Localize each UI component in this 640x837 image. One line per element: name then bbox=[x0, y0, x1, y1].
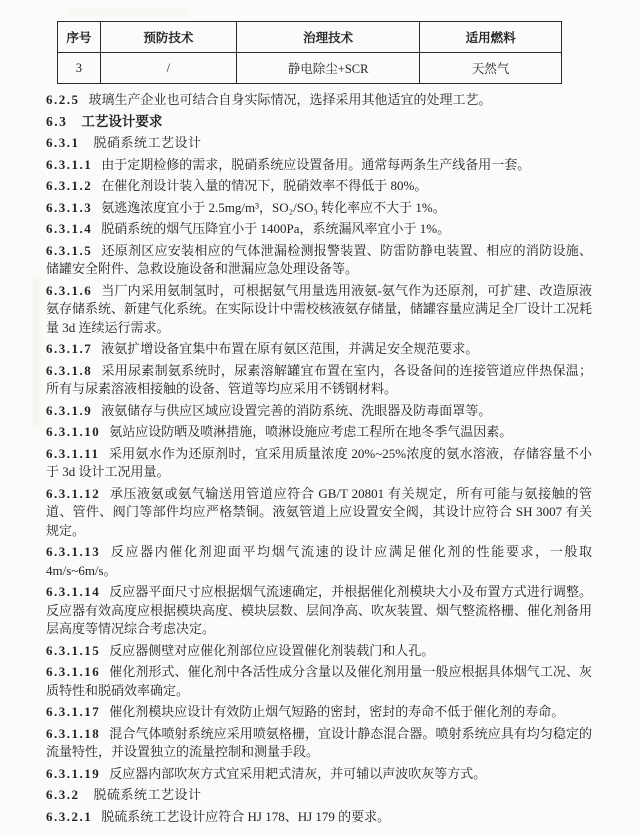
table-header-cell: 适用燃料 bbox=[420, 22, 562, 53]
clause-text: 脱硝系统的烟气压降宜小于 1400Pa，系统漏风率宜小于 1%。 bbox=[101, 221, 450, 236]
clause-text: 工艺设计要求 bbox=[81, 114, 162, 129]
clause-text: 反应器侧壁对应催化剂部位应设置催化剂装载门和人孔。 bbox=[109, 643, 434, 658]
clause-number: 6.3.1.18 bbox=[46, 726, 100, 741]
clause-number: 6.3.1.5 bbox=[46, 243, 92, 258]
clause-6.3.2: 6.3.2脱硫系统工艺设计 bbox=[46, 786, 592, 805]
clause-number: 6.3.1.8 bbox=[46, 363, 92, 378]
clause-text: 反应器内催化剂迎面平均烟气流速的设计应满足催化剂的性能要求，一般取 4m/s~6… bbox=[46, 544, 592, 578]
clause-text: 反应器平面尺寸应根据烟气流速确定，并根据催化剂模块大小及布置方式进行调整。反应器… bbox=[46, 584, 592, 636]
clause-text: 脱硫系统工艺设计 bbox=[94, 787, 202, 802]
table-header-cell: 序号 bbox=[58, 22, 101, 53]
clause-number: 6.3.1 bbox=[46, 135, 80, 150]
table-cell: 3 bbox=[58, 53, 101, 84]
clause-6.3.1.6: 6.3.1.6当厂内采用氨制氢时，可根据氨气用量选用液氨-氨气作为还原剂，可扩建… bbox=[46, 282, 592, 338]
clause-number: 6.3.1.7 bbox=[46, 341, 92, 356]
clause-text: 还原剂区应安装相应的气体泄漏检测报警装置、防雷防静电装置、相应的消防设施、储罐安… bbox=[46, 243, 592, 277]
clause-text: 氨站应设防晒及喷淋措施，喷淋设施应考虑工程所在地冬季气温因素。 bbox=[109, 424, 512, 439]
clause-number: 6.3 bbox=[46, 114, 67, 129]
clause-6.3.1.7: 6.3.1.7液氨扩增设备宜集中布置在原有氨区范围，并满足安全规范要求。 bbox=[46, 340, 592, 359]
clause-number: 6.3.1.2 bbox=[46, 178, 92, 193]
clause-6.3.1.8: 6.3.1.8采用尿素制氨系统时，尿素溶解罐宜布置在室内，各设备间的连接管道应伴… bbox=[46, 362, 592, 399]
clause-text: 氨逃逸浓度宜小于 2.5mg/m³，SO₂/SO₃ 转化率应不大于 1%。 bbox=[101, 200, 445, 215]
clause-text: 催化剂形式、催化剂中各活性成分含量以及催化剂用量一般应根据具体烟气工况、灰质特性… bbox=[46, 664, 592, 698]
table-header-cell: 治理技术 bbox=[236, 22, 419, 53]
clause-number: 6.2.5 bbox=[46, 92, 80, 107]
clause-6.3.1.15: 6.3.1.15反应器侧壁对应催化剂部位应设置催化剂装载门和人孔。 bbox=[46, 642, 592, 661]
table-cell: 静电除尘+SCR bbox=[236, 53, 419, 84]
clause-text: 当厂内采用氨制氢时，可根据氨气用量选用液氨-氨气作为还原剂，可扩建、改造原液氨存… bbox=[46, 283, 592, 335]
clause-number: 6.3.1.6 bbox=[46, 283, 92, 298]
clause-6.3.1.17: 6.3.1.17催化剂模块应设计有效防止烟气短路的密封，密封的寿命不低于催化剂的… bbox=[46, 703, 592, 722]
clause-number: 6.3.1.12 bbox=[46, 486, 100, 501]
clause-text: 承压液氨或氨气输送用管道应符合 GB/T 20801 有关规定，所有可能与氨接触… bbox=[46, 486, 592, 538]
clause-6.3.2.1: 6.3.2.1脱硫系统工艺设计应符合 HJ 178、HJ 179 的要求。 bbox=[46, 808, 592, 827]
clause-text: 催化剂模块应设计有效防止烟气短路的密封，密封的寿命不低于催化剂的寿命。 bbox=[109, 704, 564, 719]
clause-6.2.5: 6.2.5玻璃生产企业也可结合自身实际情况，选择采用其他适宜的处理工艺。 bbox=[46, 91, 592, 110]
scan-artifact bbox=[70, 10, 190, 15]
clause-6.3.1.3: 6.3.1.3氨逃逸浓度宜小于 2.5mg/m³，SO₂/SO₃ 转化率应不大于… bbox=[46, 199, 592, 218]
clause-number: 6.3.1.15 bbox=[46, 643, 100, 658]
clause-6.3.1.13: 6.3.1.13反应器内催化剂迎面平均烟气流速的设计应满足催化剂的性能要求，一般… bbox=[46, 543, 592, 580]
clause-6.3.1.18: 6.3.1.18混合气体喷射系统应采用喷氨格栅，宜设计静态混合器。喷射系统应具有… bbox=[46, 725, 592, 762]
clause-text: 由于定期检修的需求，脱硝系统应设置备用。通常每两条生产线备用一套。 bbox=[101, 157, 530, 172]
clause-text: 在催化剂设计装入量的情况下，脱硝效率不得低于 80%。 bbox=[101, 178, 427, 193]
table-cell: / bbox=[100, 53, 236, 84]
clause-text: 混合气体喷射系统应采用喷氨格栅，宜设计静态混合器。喷射系统应具有均匀稳定的流量特… bbox=[46, 726, 592, 760]
clause-number: 6.3.1.16 bbox=[46, 664, 100, 679]
clause-6.3.1.2: 6.3.1.2在催化剂设计装入量的情况下，脱硝效率不得低于 80%。 bbox=[46, 177, 592, 196]
clause-number: 6.3.1.11 bbox=[46, 446, 100, 461]
clause-6.3.1.19: 6.3.1.19反应器内部吹灰方式宜采用耙式清灰，并可辅以声波吹灰等方式。 bbox=[46, 765, 592, 784]
clause-6.3.1.1: 6.3.1.1由于定期检修的需求，脱硝系统应设置备用。通常每两条生产线备用一套。 bbox=[46, 156, 592, 175]
clause-number: 6.3.1.13 bbox=[46, 544, 100, 559]
clause-6.3.1.10: 6.3.1.10氨站应设防晒及喷淋措施，喷淋设施应考虑工程所在地冬季气温因素。 bbox=[46, 423, 592, 442]
clause-text: 采用氨水作为还原剂时，宜采用质量浓度 20%~25%浓度的氨水溶液，存储容量不小… bbox=[46, 446, 592, 480]
scan-artifact bbox=[33, 278, 40, 428]
clause-text: 液氨储存与供应区域应设置完善的消防系统、洗眼器及防毒面罩等。 bbox=[101, 403, 491, 418]
clause-text: 玻璃生产企业也可结合自身实际情况，选择采用其他适宜的处理工艺。 bbox=[89, 92, 492, 107]
clause-6.3.1.5: 6.3.1.5还原剂区应安装相应的气体泄漏检测报警装置、防雷防静电装置、相应的消… bbox=[46, 242, 592, 279]
clause-number: 6.3.1.10 bbox=[46, 424, 100, 439]
clause-text: 液氨扩增设备宜集中布置在原有氨区范围，并满足安全规范要求。 bbox=[101, 341, 478, 356]
clause-6.3.1.4: 6.3.1.4脱硝系统的烟气压降宜小于 1400Pa，系统漏风率宜小于 1%。 bbox=[46, 220, 592, 239]
clause-number: 6.3.1.19 bbox=[46, 766, 100, 781]
clause-number: 6.3.1.14 bbox=[46, 584, 100, 599]
clause-number: 6.3.1.3 bbox=[46, 200, 92, 215]
clause-text: 脱硝系统工艺设计 bbox=[94, 135, 202, 150]
clause-text: 脱硫系统工艺设计应符合 HJ 178、HJ 179 的要求。 bbox=[101, 809, 390, 824]
clause-6.3.1: 6.3.1脱硝系统工艺设计 bbox=[46, 134, 592, 153]
clause-6.3.1.14: 6.3.1.14反应器平面尺寸应根据烟气流速确定，并根据催化剂模块大小及布置方式… bbox=[46, 583, 592, 639]
clause-6.3.1.16: 6.3.1.16催化剂形式、催化剂中各活性成分含量以及催化剂用量一般应根据具体烟… bbox=[46, 663, 592, 700]
clause-number: 6.3.1.1 bbox=[46, 157, 92, 172]
clause-number: 6.3.2 bbox=[46, 787, 80, 802]
table-row: 3/静电除尘+SCR天然气 bbox=[58, 53, 562, 84]
table-body: 3/静电除尘+SCR天然气 bbox=[58, 53, 562, 84]
clause-6.3.1.11: 6.3.1.11采用氨水作为还原剂时，宜采用质量浓度 20%~25%浓度的氨水溶… bbox=[46, 445, 592, 482]
table-cell: 天然气 bbox=[420, 53, 562, 84]
table-header-row: 序号预防技术治理技术适用燃料 bbox=[58, 22, 562, 53]
clause-6.3: 6.3工艺设计要求 bbox=[46, 113, 592, 132]
clause-number: 6.3.1.17 bbox=[46, 704, 100, 719]
clause-6.3.1.12: 6.3.1.12承压液氨或氨气输送用管道应符合 GB/T 20801 有关规定，… bbox=[46, 485, 592, 541]
document-page: 序号预防技术治理技术适用燃料 3/静电除尘+SCR天然气 6.2.5玻璃生产企业… bbox=[0, 0, 640, 837]
table-header-cell: 预防技术 bbox=[100, 22, 236, 53]
treatment-technology-table: 序号预防技术治理技术适用燃料 3/静电除尘+SCR天然气 bbox=[57, 21, 562, 84]
clause-number: 6.3.1.4 bbox=[46, 221, 92, 236]
clause-number: 6.3.1.9 bbox=[46, 403, 92, 418]
clause-number: 6.3.2.1 bbox=[46, 809, 92, 824]
clause-text: 采用尿素制氨系统时，尿素溶解罐宜布置在室内，各设备间的连接管道应伴热保温；所有与… bbox=[46, 363, 592, 397]
clauses-section: 6.2.5玻璃生产企业也可结合自身实际情况，选择采用其他适宜的处理工艺。6.3工… bbox=[46, 91, 592, 826]
clause-6.3.1.9: 6.3.1.9液氨储存与供应区域应设置完善的消防系统、洗眼器及防毒面罩等。 bbox=[46, 402, 592, 421]
clause-text: 反应器内部吹灰方式宜采用耙式清灰，并可辅以声波吹灰等方式。 bbox=[109, 766, 486, 781]
